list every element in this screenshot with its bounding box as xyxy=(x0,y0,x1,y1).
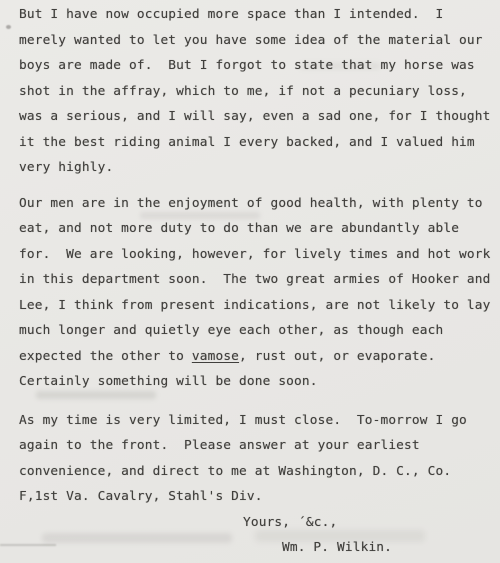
letter-line: was a serious, and I will say, even a sa… xyxy=(19,104,486,130)
letter-line: boys are made of. But I forgot to state … xyxy=(19,53,486,79)
paragraph-3: As my time is very limited, I must close… xyxy=(19,408,486,510)
letter-line: F,1st Va. Cavalry, Stahl's Div. xyxy=(19,484,486,510)
letter-line: for. We are looking, however, for lively… xyxy=(19,242,486,268)
letter-line: Certainly something will be done soon. xyxy=(19,369,486,395)
paragraph-1: But I have now occupied more space than … xyxy=(19,2,486,181)
line-text-post: , rust out, or evaporate. xyxy=(239,349,435,364)
letter-line: in this department soon. The two great a… xyxy=(19,267,486,293)
paragraph-2: Our men are in the enjoyment of good hea… xyxy=(19,191,486,395)
letter-line: very highly. xyxy=(19,155,486,181)
letter-line: merely wanted to let you have some idea … xyxy=(19,28,486,54)
closing-salutation: Yours, ´&c., xyxy=(243,510,486,536)
line-text-pre: expected the other to xyxy=(19,349,192,364)
letter-line: But I have now occupied more space than … xyxy=(19,2,486,28)
letter-line: shot in the affray, which to me, if not … xyxy=(19,79,486,105)
letter-line: much longer and quietly eye each other, … xyxy=(19,318,486,344)
letter-line-with-underline: expected the other to vamose, rust out, … xyxy=(19,344,486,370)
letter-line: As my time is very limited, I must close… xyxy=(19,408,486,434)
letter-line: Our men are in the enjoyment of good hea… xyxy=(19,191,486,217)
letter-line: it the best riding animal I every backed… xyxy=(19,130,486,156)
letter-body: But I have now occupied more space than … xyxy=(0,0,500,561)
letter-line: again to the front. Please answer at you… xyxy=(19,433,486,459)
letter-line: convenience, and direct to me at Washing… xyxy=(19,459,486,485)
signature: Wm. P. Wilkin. xyxy=(282,535,486,561)
letter-line: Lee, I think from present indications, a… xyxy=(19,293,486,319)
scanned-letter-page: But I have now occupied more space than … xyxy=(0,0,500,563)
letter-line: eat, and not more duty to do than we are… xyxy=(19,216,486,242)
underlined-word: vamose xyxy=(192,349,239,364)
